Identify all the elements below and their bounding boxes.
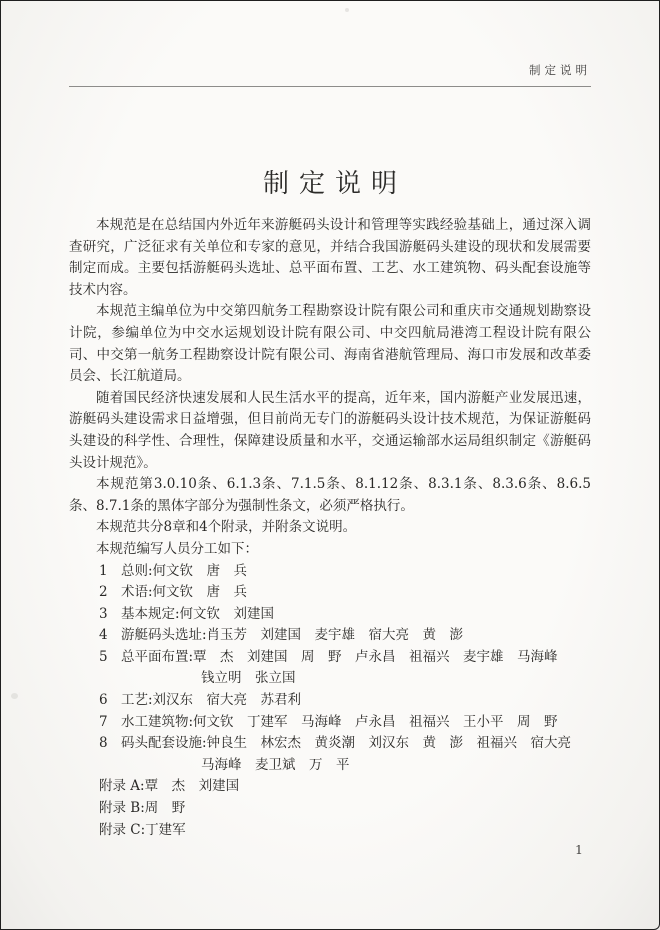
- page-number: 1: [69, 842, 583, 857]
- item-number: 3: [99, 604, 121, 626]
- item-text: 总平面布置:覃 杰 刘建国 周 野 卢永昌 祖福兴 麦宇雄 马海峰: [121, 647, 591, 669]
- assignment-item-continuation: 马海峰 麦卫斌 万 平: [201, 755, 591, 777]
- assignment-item: 7 水工建筑物:何文钦 丁建军 马海峰 卢永昌 祖福兴 王小平 周 野: [99, 712, 591, 734]
- assignment-item: 8 码头配套设施:钟良生 林宏杰 黄炎潮 刘汉东 黄 澎 祖福兴 宿大亮: [99, 733, 591, 755]
- page-title: 制定说明: [69, 169, 591, 199]
- appendix-list: 附录 A:覃 杰 刘建国 附录 B:周 野 附录 C:丁建军: [69, 776, 591, 841]
- item-number: 6: [99, 690, 121, 712]
- header-rule: [69, 86, 591, 87]
- scan-smudge: [345, 8, 349, 12]
- item-text: 水工建筑物:何文钦 丁建军 马海峰 卢永昌 祖福兴 王小平 周 野: [121, 712, 591, 734]
- assignment-item: 1 总则:何文钦 唐 兵: [99, 561, 591, 583]
- assignment-list: 1 总则:何文钦 唐 兵 2 术语:何文钦 唐 兵 3 基本规定:何文钦 刘建国…: [69, 561, 591, 777]
- paragraph: 本规范共分8章和4个附录，并附条文说明。: [69, 517, 591, 539]
- running-header: 制定说明: [69, 1, 591, 78]
- scan-smudge: [11, 693, 18, 699]
- assignment-item: 5 总平面布置:覃 杰 刘建国 周 野 卢永昌 祖福兴 麦宇雄 马海峰: [99, 647, 591, 669]
- assignment-item: 3 基本规定:何文钦 刘建国: [99, 604, 591, 626]
- item-number: 5: [99, 647, 121, 669]
- assignment-item-continuation: 钱立明 张立国: [201, 668, 591, 690]
- item-text: 工艺:刘汉东 宿大亮 苏君利: [121, 690, 591, 712]
- paragraph: 本规范第3.0.10条、6.1.3条、7.1.5条、8.1.12条、8.3.1条…: [69, 474, 591, 517]
- item-text: 总则:何文钦 唐 兵: [121, 561, 591, 583]
- paragraph: 本规范是在总结国内外近年来游艇码头设计和管理等实践经验基础上，通过深入调查研究，…: [69, 215, 591, 301]
- assignment-item: 4 游艇码头选址:肖玉芳 刘建国 麦宇雄 宿大亮 黄 澎: [99, 625, 591, 647]
- assignment-item: 2 术语:何文钦 唐 兵: [99, 582, 591, 604]
- appendix-line: 附录 B:周 野: [99, 798, 591, 820]
- running-header-text: 制定说明: [529, 63, 591, 77]
- item-text: 游艇码头选址:肖玉芳 刘建国 麦宇雄 宿大亮 黄 澎: [121, 625, 591, 647]
- appendix-line: 附录 A:覃 杰 刘建国: [99, 776, 591, 798]
- item-number: 8: [99, 733, 121, 755]
- item-number: 2: [99, 582, 121, 604]
- item-text: 基本规定:何文钦 刘建国: [121, 604, 591, 626]
- appendix-line: 附录 C:丁建军: [99, 820, 591, 842]
- item-text: 码头配套设施:钟良生 林宏杰 黄炎潮 刘汉东 黄 澎 祖福兴 宿大亮: [121, 733, 591, 755]
- assignment-item: 6 工艺:刘汉东 宿大亮 苏君利: [99, 690, 591, 712]
- item-number: 4: [99, 625, 121, 647]
- document-page: 制定说明 制定说明 本规范是在总结国内外近年来游艇码头设计和管理等实践经验基础上…: [0, 0, 660, 930]
- item-text: 术语:何文钦 唐 兵: [121, 582, 591, 604]
- paragraph: 本规范编写人员分工如下：: [69, 539, 591, 561]
- item-number: 7: [99, 712, 121, 734]
- paragraph: 随着国民经济快速发展和人民生活水平的提高，近年来，国内游艇产业发展迅速，游艇码头…: [69, 388, 591, 474]
- paragraph: 本规范主编单位为中交第四航务工程勘察设计院有限公司和重庆市交通规划勘察设计院，参…: [69, 301, 591, 387]
- document-body: 本规范是在总结国内外近年来游艇码头设计和管理等实践经验基础上，通过深入调查研究，…: [69, 215, 591, 841]
- item-number: 1: [99, 561, 121, 583]
